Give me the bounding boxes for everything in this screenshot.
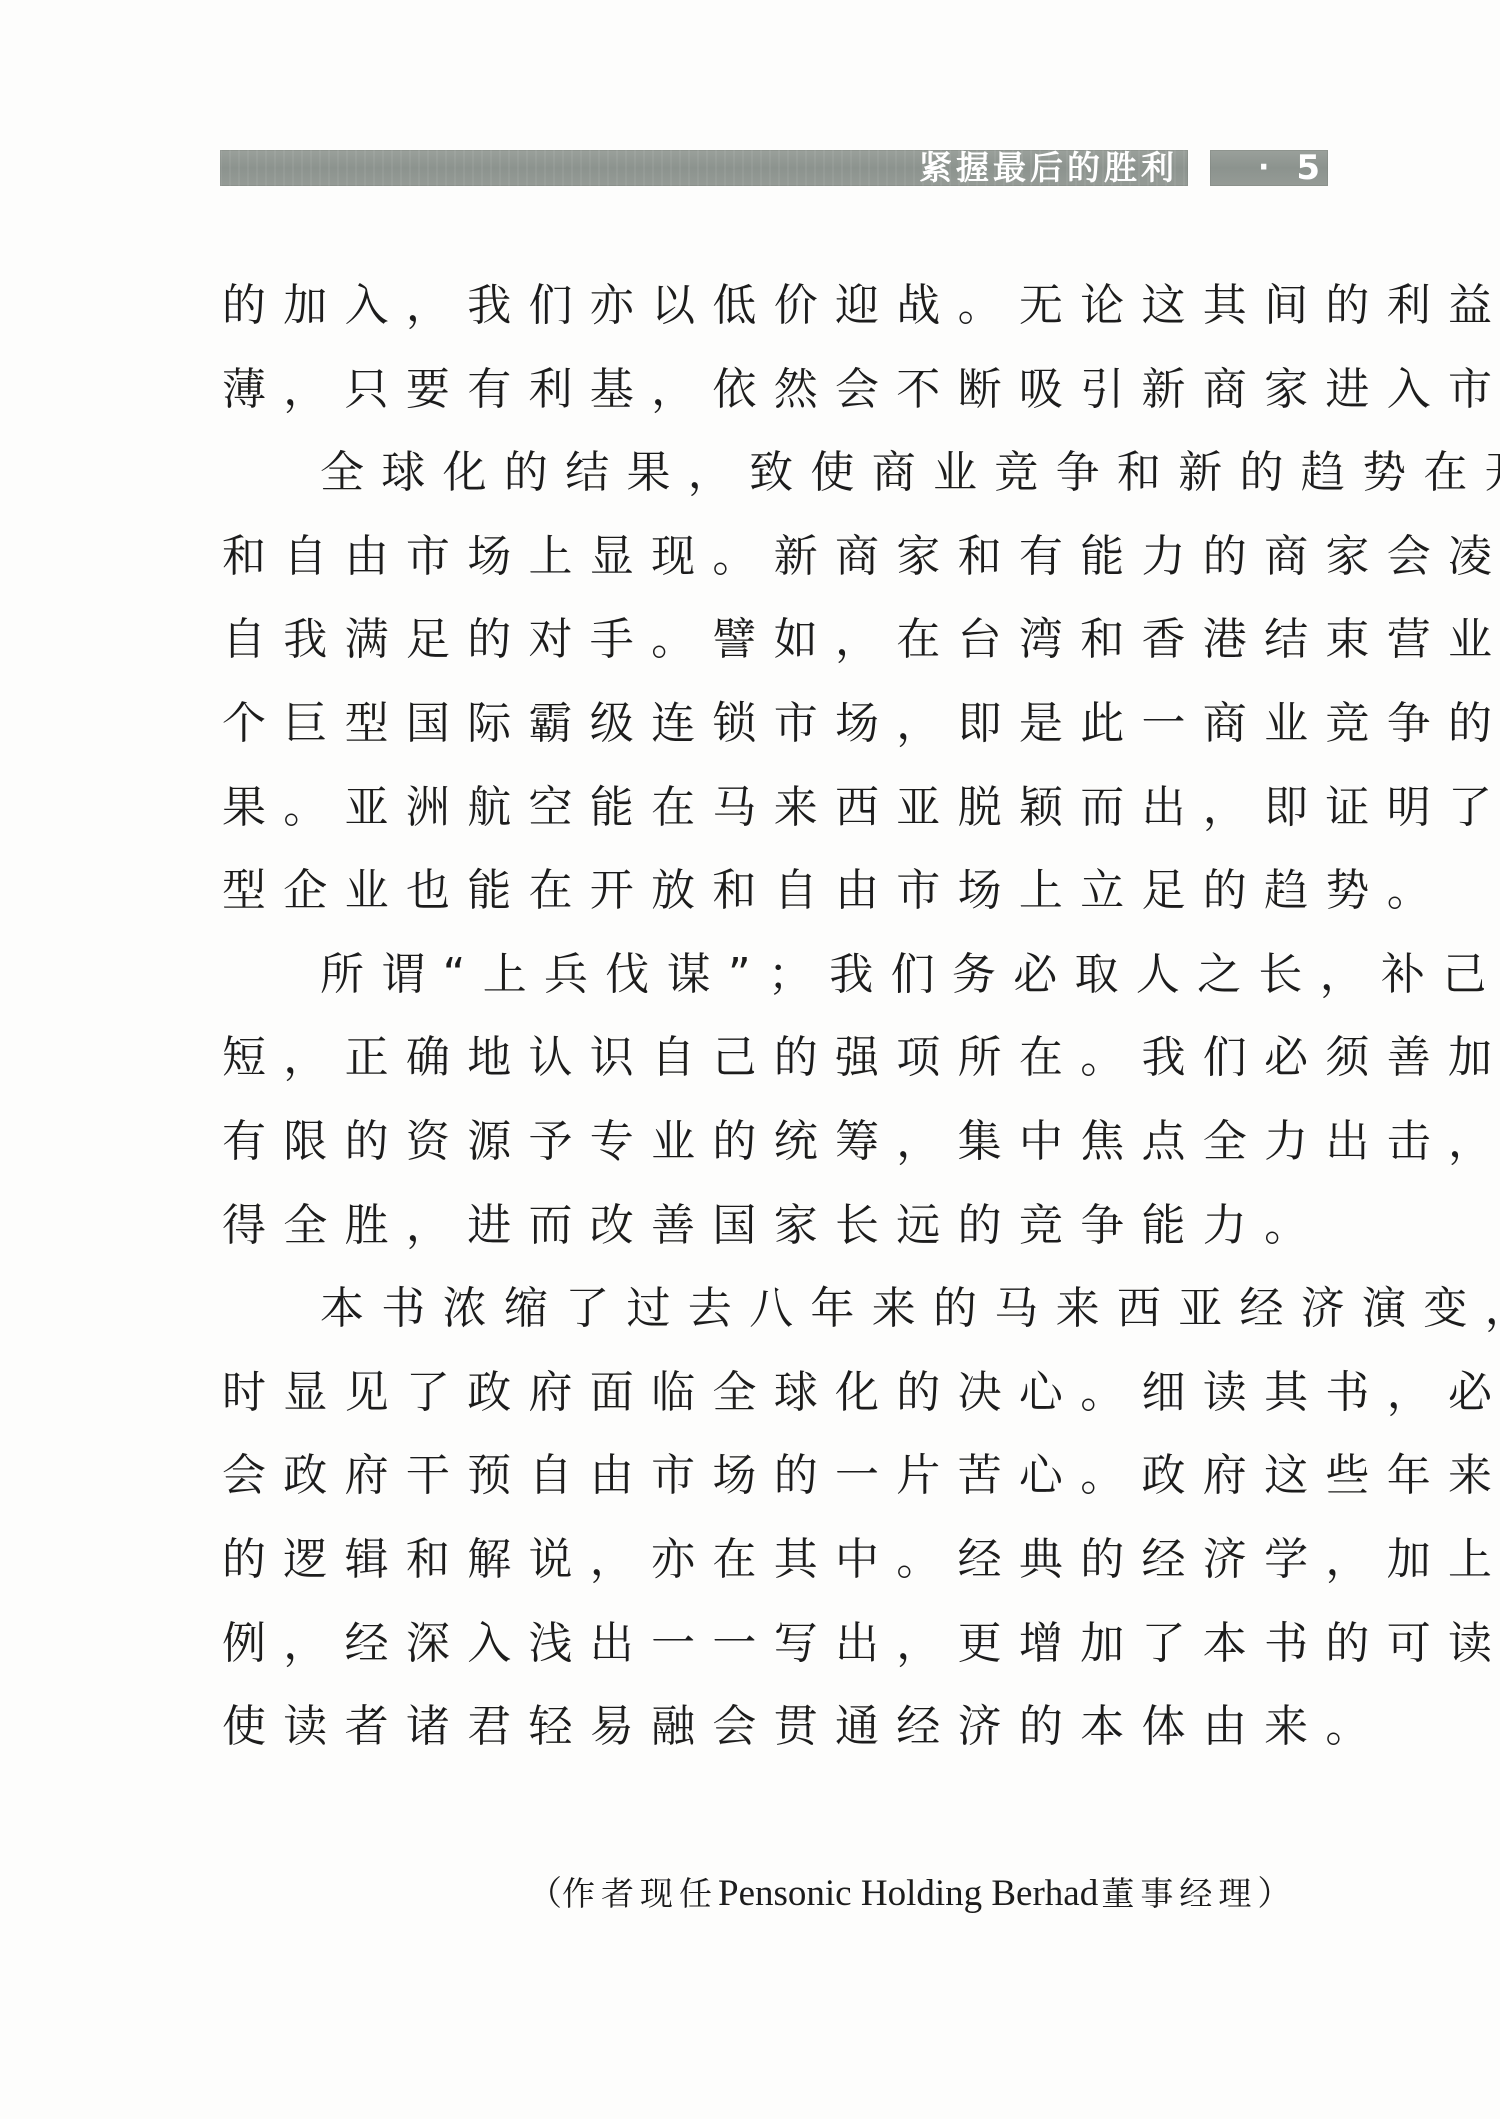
text-line: 时显见了政府面临全球化的决心。细读其书，必然体 bbox=[222, 1351, 1332, 1435]
page-number-box: · 5 bbox=[1210, 150, 1328, 186]
book-page: 紧握最后的胜利 · 5 的加入，我们亦以低价迎战。无论这其间的利益有多 薄，只要… bbox=[0, 0, 1500, 2119]
text-line: 全球化的结果，致使商业竞争和新的趋势在开放 bbox=[222, 431, 1332, 515]
text-line: 的加入，我们亦以低价迎战。无论这其间的利益有多 bbox=[222, 264, 1332, 348]
text-line: 短，正确地认识自己的强项所在。我们必须善加分配 bbox=[222, 1016, 1332, 1100]
attribution-company: Pensonic Holding Berhad bbox=[718, 1873, 1098, 1914]
text-line: 型企业也能在开放和自由市场上立足的趋势。 bbox=[222, 849, 1332, 933]
text-line: 和自由市场上显现。新商家和有能力的商家会凌驾於 bbox=[222, 515, 1332, 599]
paragraph-3: 所谓“上兵伐谋”；我们务必取人之长，补己之 短，正确地认识自己的强项所在。我们必… bbox=[222, 933, 1332, 1267]
text-line: 本书浓缩了过去八年来的马来西亚经济演变，同 bbox=[222, 1267, 1332, 1351]
text-line: 个巨型国际霸级连锁市场，即是此一商业竞争的结 bbox=[222, 682, 1332, 766]
text-line: 薄，只要有利基，依然会不断吸引新商家进入市场。 bbox=[222, 348, 1332, 432]
paragraph-2: 全球化的结果，致使商业竞争和新的趋势在开放 和自由市场上显现。新商家和有能力的商… bbox=[222, 431, 1332, 933]
text-line: 使读者诸君轻易融会贯通经济的本体由来。 bbox=[222, 1685, 1332, 1769]
page-number-separator: · bbox=[1258, 150, 1269, 186]
author-attribution: （作者现任Pensonic Holding Berhad 董事经理） bbox=[528, 1866, 1291, 1922]
chapter-title: 紧握最后的胜利 bbox=[919, 148, 1178, 188]
body-text: 的加入，我们亦以低价迎战。无论这其间的利益有多 薄，只要有利基，依然会不断吸引新… bbox=[222, 264, 1332, 1769]
text-line: 例，经深入浅出一一写出，更增加了本书的可读性， bbox=[222, 1602, 1332, 1686]
attribution-role: 董事经理 bbox=[1101, 1874, 1257, 1913]
text-line: 果。亚洲航空能在马来西亚脱颖而出，即证明了中小 bbox=[222, 766, 1332, 850]
page-number: 5 bbox=[1296, 149, 1320, 187]
text-line: 自我满足的对手。譬如，在台湾和香港结束营业的两 bbox=[222, 598, 1332, 682]
text-line: 有限的资源予专业的统筹，集中焦点全力出击，以取 bbox=[222, 1100, 1332, 1184]
text-line: 所谓“上兵伐谋”；我们务必取人之长，补己之 bbox=[222, 933, 1332, 1017]
paragraph-4: 本书浓缩了过去八年来的马来西亚经济演变，同 时显见了政府面临全球化的决心。细读其… bbox=[222, 1267, 1332, 1769]
paragraph-1: 的加入，我们亦以低价迎战。无论这其间的利益有多 薄，只要有利基，依然会不断吸引新… bbox=[222, 264, 1332, 431]
attribution-prefix: 作者现任 bbox=[562, 1874, 718, 1913]
text-line: 的逻辑和解说，亦在其中。经典的经济学，加上举 bbox=[222, 1518, 1332, 1602]
running-header-bar: 紧握最后的胜利 bbox=[220, 150, 1188, 186]
text-line: 得全胜，进而改善国家长远的竞争能力。 bbox=[222, 1184, 1332, 1268]
attribution-open-paren: （ bbox=[528, 1874, 562, 1914]
attribution-close-paren: ） bbox=[1257, 1874, 1291, 1914]
text-line: 会政府干预自由市场的一片苦心。政府这些年来行政 bbox=[222, 1434, 1332, 1518]
